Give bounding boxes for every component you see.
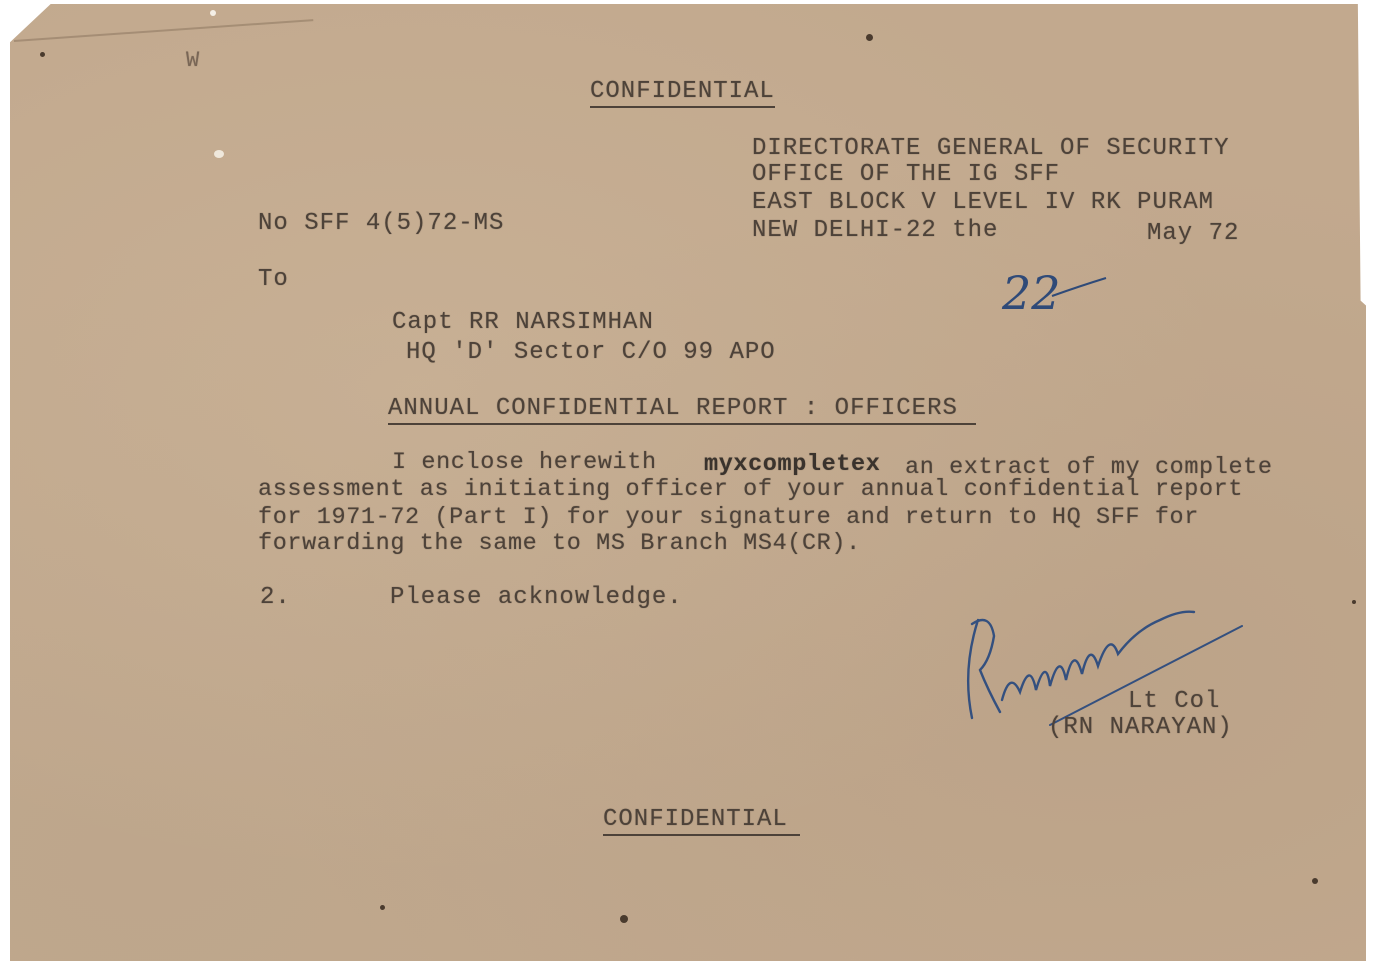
ink-speck xyxy=(1352,600,1356,604)
signatory-name: (RN NARAYAN) xyxy=(1048,716,1233,740)
paper-hole xyxy=(210,10,216,16)
sender-line-2: OFFICE OF THE IG SFF xyxy=(752,163,1060,187)
ink-speck xyxy=(866,34,873,41)
corner-pencil-mark: W xyxy=(186,50,200,72)
signatory-rank: Lt Col xyxy=(1128,690,1220,714)
letter-date: May 72 xyxy=(1147,222,1239,246)
paper-hole xyxy=(214,150,224,158)
sender-place-line: NEW DELHI-22 the xyxy=(752,219,998,243)
recipient-address: HQ 'D' Sector C/O 99 APO xyxy=(406,341,776,365)
handwritten-day-stroke xyxy=(1050,276,1110,300)
recipient-name: Capt RR NARSIMHAN xyxy=(392,311,654,335)
confidential-footer: CONFIDENTIAL xyxy=(603,808,800,836)
sender-line-1: DIRECTORATE GENERAL OF SECURITY xyxy=(752,137,1229,161)
reference-number: No SFF 4(5)72-MS xyxy=(258,212,504,236)
paragraph-2-number: 2. xyxy=(260,586,291,610)
paragraph-2-text: Please acknowledge. xyxy=(390,586,683,610)
ink-speck xyxy=(380,905,385,910)
paragraph-1-line-4: forwarding the same to MS Branch MS4(CR)… xyxy=(258,532,861,556)
paragraph-1-line-3: for 1971-72 (Part I) for your signature … xyxy=(258,506,1199,530)
struck-out-text: myxcompletex xyxy=(704,453,880,477)
confidential-header: CONFIDENTIAL xyxy=(590,80,775,108)
ink-speck xyxy=(620,915,628,923)
ink-speck xyxy=(1312,878,1318,884)
to-label: To xyxy=(258,268,289,292)
ink-speck xyxy=(40,52,45,57)
paragraph-1-line-2: assessment as initiating officer of your… xyxy=(258,478,1243,502)
subject-line: ANNUAL CONFIDENTIAL REPORT : OFFICERS xyxy=(388,397,976,425)
paragraph-1-line-1-start: I enclose herewith xyxy=(392,451,657,475)
sender-line-3: EAST BLOCK V LEVEL IV RK PURAM xyxy=(752,191,1214,215)
